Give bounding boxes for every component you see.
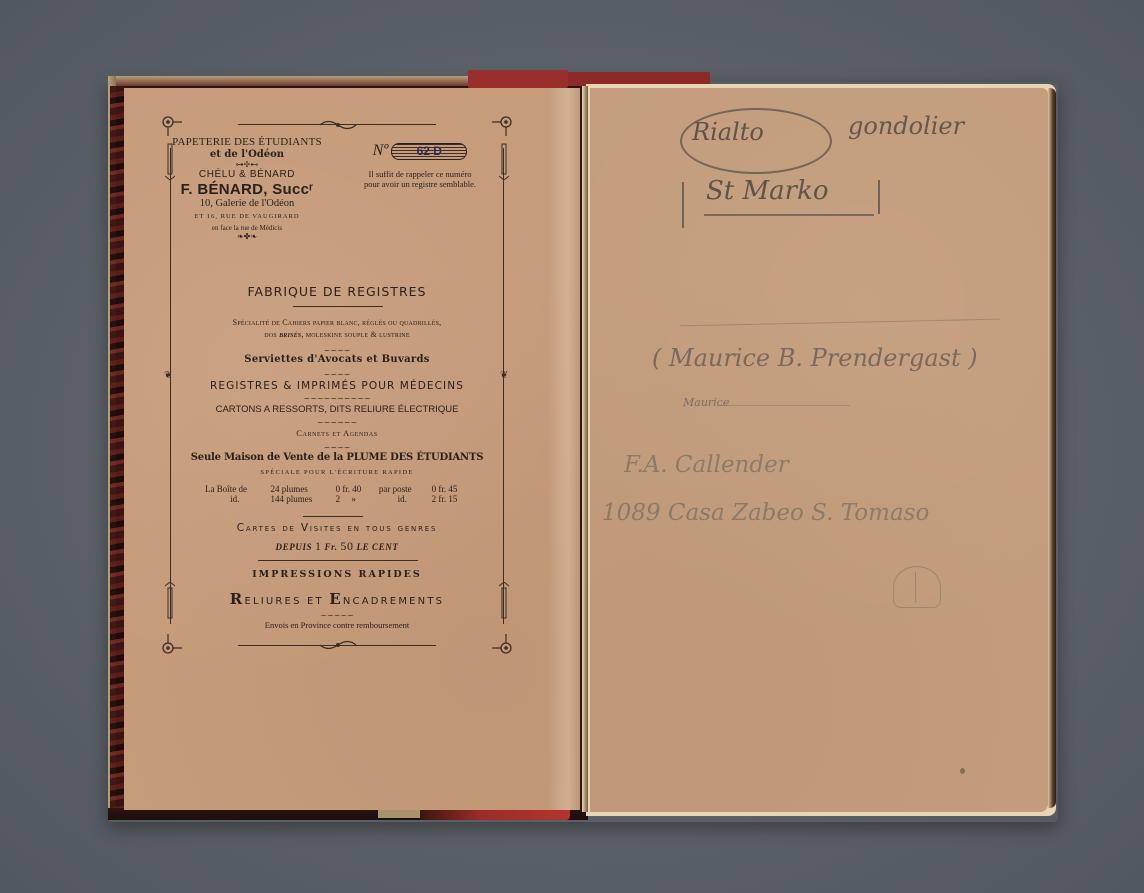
price-cell: id. bbox=[376, 495, 429, 505]
price-row: id. 144 plumes 2 » id. 2 fr. 15 bbox=[202, 495, 472, 505]
divider-rule bbox=[303, 516, 363, 517]
divider-rule bbox=[293, 306, 383, 307]
handwriting-rialto: Rialto bbox=[692, 118, 764, 146]
corner-ornament-icon bbox=[160, 114, 182, 136]
price-table: La Boîte de 24 plumes 0 fr. 40 par poste… bbox=[202, 485, 472, 505]
handwriting-callender: F.A. Callender bbox=[624, 452, 789, 478]
number-prefix: Nº bbox=[373, 142, 389, 160]
price-cell: 2 » bbox=[333, 495, 376, 505]
price-cell: id. bbox=[202, 495, 267, 505]
handwriting-st-marko: St Marko bbox=[706, 176, 828, 206]
specialty-line-2-post: , moleskine souple & lustrine bbox=[301, 330, 409, 339]
paper-stain bbox=[960, 768, 965, 774]
shop-name: PAPETERIE DES ÉTUDIANTS bbox=[172, 136, 322, 149]
price-cell: 144 plumes bbox=[267, 495, 332, 505]
wavy-divider-icon: ~~~~~~~~~~ bbox=[172, 395, 502, 403]
speciale-line: Spéciale pour l'Écriture rapide bbox=[172, 469, 502, 476]
divider-rule bbox=[258, 560, 418, 561]
price-centimes: 50 bbox=[340, 539, 353, 553]
corner-ornament-icon bbox=[492, 114, 514, 136]
wavy-divider-icon: ∽∽∽∽∽ bbox=[172, 612, 502, 620]
handwriting-maurice-prendergast: ( Maurice B. Prendergast ) bbox=[652, 344, 978, 372]
wavy-divider-icon: ∽∽∽∽ bbox=[172, 371, 502, 379]
decorative-capital: E bbox=[329, 590, 343, 608]
pencil-rule bbox=[720, 405, 850, 406]
specialty-line-1: Spécialité de Cahiers papier blanc, régl… bbox=[172, 317, 502, 329]
address-line-1: 10, Galerie de l'Odéon bbox=[172, 198, 322, 210]
register-number: 62 D bbox=[417, 144, 442, 158]
small-ornament-icon: ⊶✢⊷ bbox=[172, 160, 322, 169]
price-francs: 1 bbox=[315, 539, 322, 553]
page-fore-edge bbox=[1048, 88, 1056, 808]
cartons-line: CARTONS A RESSORTS, DITS RELIURE ÉLECTRI… bbox=[172, 404, 502, 415]
serviettes-line: Serviettes d'Avocats et Buvards bbox=[172, 354, 502, 365]
corner-ornament-icon bbox=[492, 634, 514, 656]
price-value: 2 bbox=[336, 494, 341, 504]
ad-title: FABRIQUE DE REGISTRES bbox=[172, 284, 502, 299]
registres-line: REGISTRES & IMPRIMÉS POUR MÉDECINS bbox=[172, 380, 502, 392]
number-note-line-2: pour avoir un registre semblable. bbox=[340, 180, 500, 190]
handwriting-maurice-signature: Maurice bbox=[683, 396, 729, 409]
pencil-underline bbox=[704, 214, 874, 216]
stationer-advertisement: ❦ ❦ PAPETERIE DES ÉTUDIANTS et de l'Odéo… bbox=[158, 112, 516, 660]
gutter-fold bbox=[582, 86, 588, 812]
ditto-mark: » bbox=[351, 494, 356, 504]
flourish-ornament-icon bbox=[318, 118, 358, 132]
specialty-line-2: dos brisés, moleskine souple & lustrine bbox=[172, 329, 502, 341]
register-number-block: Nº 62 D Il suffit de rappeler ce numéro … bbox=[340, 142, 500, 190]
cartes-visites-line: Cartes de Visites en tous genres bbox=[172, 522, 502, 534]
small-ornament-icon: ❧✤❧ bbox=[172, 232, 322, 241]
envois-line: Envois en Province contre remboursement bbox=[172, 620, 502, 630]
flourish-ornament-icon bbox=[318, 638, 358, 652]
reliures-text: ELIURES ET bbox=[244, 596, 329, 607]
handwriting-gondolier: gondolier bbox=[848, 112, 964, 140]
wavy-divider-icon: ∽∽∽∽ bbox=[172, 444, 502, 452]
francs-label: Fr. bbox=[324, 542, 337, 552]
encadrements-text: NCADREMENTS bbox=[343, 596, 444, 607]
handwriting-casa-zabeo: 1089 Casa Zabeo S. Tomaso bbox=[602, 500, 929, 526]
specialty-line-2-pre: dos bbox=[264, 330, 279, 339]
impressions-line: IMPRESSIONS RAPIDES bbox=[172, 569, 502, 580]
gutter-highlight bbox=[548, 88, 582, 810]
specialty-text: Spécialité de Cahiers papier blanc, régl… bbox=[172, 317, 502, 340]
stationer-header: PAPETERIE DES ÉTUDIANTS et de l'Odéon ⊶✢… bbox=[172, 136, 322, 241]
specialty-emphasis: brisés bbox=[279, 330, 301, 339]
decorative-capital: R bbox=[230, 590, 245, 608]
pencil-stroke bbox=[878, 180, 880, 214]
successor-name: F. BÉNARD, Succʳ bbox=[172, 181, 322, 198]
number-stamp-box: 62 D bbox=[391, 143, 467, 160]
pencil-sketch-mark bbox=[915, 572, 916, 602]
shop-subname: et de l'Odéon bbox=[172, 149, 322, 161]
pillar-ornament-icon bbox=[499, 140, 509, 180]
proprietors: CHÉLU & BÉNARD bbox=[172, 169, 322, 181]
le-cent-label: LE CENT bbox=[356, 542, 398, 552]
carnets-line: Carnets et Agendas bbox=[172, 428, 502, 438]
seule-maison-line: Seule Maison de Vente de la PLUME DES ÉT… bbox=[172, 452, 502, 463]
pencil-stroke bbox=[682, 182, 684, 228]
pencil-sketch-mark bbox=[893, 566, 941, 608]
price-cell: 2 fr. 15 bbox=[429, 495, 472, 505]
depuis-label: DEPUIS bbox=[276, 542, 313, 552]
address-line-2: et 16, rue de Vaugirard bbox=[172, 213, 322, 220]
corner-ornament-icon bbox=[160, 634, 182, 656]
address-line-3: en face la rue de Médicis bbox=[172, 224, 322, 232]
spine-cloth-patch bbox=[468, 70, 568, 88]
depuis-line: DEPUIS 1 Fr. 50 LE CENT bbox=[172, 539, 502, 554]
reliures-line: RELIURES ET ENCADREMENTS bbox=[172, 590, 502, 608]
wavy-divider-icon: ~~~~~~ bbox=[172, 419, 502, 427]
